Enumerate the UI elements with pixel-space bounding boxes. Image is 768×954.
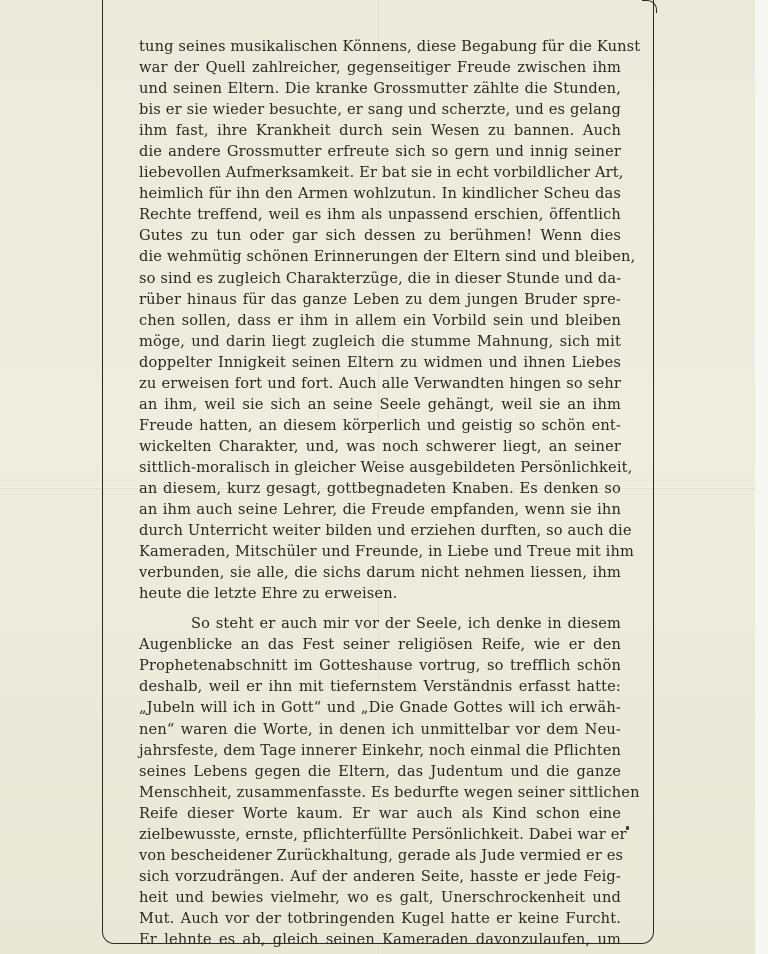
text-line: nen“ waren die Worte, in denen ich unmit… bbox=[139, 719, 621, 740]
paragraph-2: So steht er auch mir vor der Seele, ich … bbox=[139, 613, 621, 950]
text-line: heit und bewies vielmehr, wo es galt, Un… bbox=[139, 887, 621, 908]
text-line: sich vorzudrängen. Auf der anderen Seite… bbox=[139, 866, 621, 887]
text-line: seines Lebens gegen die Eltern, das Jude… bbox=[139, 761, 621, 782]
text-line: doppelter Innigkeit seinen Eltern zu wid… bbox=[139, 352, 621, 373]
text-line: war der Quell zahlreicher, gegenseitiger… bbox=[139, 57, 621, 78]
text-line: heute die letzte Ehre zu erweisen. bbox=[139, 583, 621, 604]
text-line: Gutes zu tun oder gar sich dessen zu ber… bbox=[139, 225, 621, 246]
text-line: an diesem, kurz gesagt, gottbegnadeten K… bbox=[139, 478, 621, 499]
text-line: Kameraden, Mitschüler und Freunde, in Li… bbox=[139, 541, 621, 562]
body-text: tung seines musikalischen Könnens, diese… bbox=[139, 36, 621, 950]
text-line: möge, und darin liegt zugleich die stumm… bbox=[139, 331, 621, 352]
text-line: Reife dieser Worte kaum. Er war auch als… bbox=[139, 803, 621, 824]
text-line: So steht er auch mir vor der Seele, ich … bbox=[139, 613, 621, 634]
paragraph-1: tung seines musikalischen Könnens, diese… bbox=[139, 36, 621, 604]
text-line: und seinen Eltern. Die kranke Grossmutte… bbox=[139, 78, 621, 99]
text-line: Rechte treffend, weil es ihm als unpasse… bbox=[139, 204, 621, 225]
text-line: so sind es zugleich Charakterzüge, die i… bbox=[139, 268, 621, 289]
text-line: chen sollen, dass er ihm in allem ein Vo… bbox=[139, 310, 621, 331]
text-line: an ihm auch seine Lehrer, die Freude emp… bbox=[139, 499, 621, 520]
text-line: durch Unterricht weiter bilden und erzie… bbox=[139, 520, 621, 541]
text-line: deshalb, weil er ihn mit tiefernstem Ver… bbox=[139, 676, 621, 697]
page-edge-strip bbox=[755, 0, 768, 954]
text-line: ihm fast, ihre Krankheit durch sein Wese… bbox=[139, 120, 621, 141]
text-line: die wehmütig schönen Erinnerungen der El… bbox=[139, 246, 621, 267]
text-line: bis er sie wieder besuchte, er sang und … bbox=[139, 99, 621, 120]
text-line: jahrsfeste, dem Tage innerer Einkehr, no… bbox=[139, 740, 621, 761]
text-line: wickelten Charakter, und, was noch schwe… bbox=[139, 436, 621, 457]
text-line: liebevollen Aufmerksamkeit. Er bat sie i… bbox=[139, 162, 621, 183]
text-line: Freude hatten, an diesem körperlich und … bbox=[139, 415, 621, 436]
text-line: Er lehnte es ab, gleich seinen Kameraden… bbox=[139, 929, 621, 950]
paragraph-gap bbox=[139, 604, 621, 613]
text-line: rüber hinaus für das ganze Leben zu dem … bbox=[139, 289, 621, 310]
text-line: verbunden, sie alle, die sichs darum nic… bbox=[139, 562, 621, 583]
text-line: „Jubeln will ich in Gott“ und „Die Gnade… bbox=[139, 697, 621, 718]
text-line: die andere Grossmutter erfreute sich so … bbox=[139, 141, 621, 162]
text-line: Augenblicke an das Fest seiner religiöse… bbox=[139, 634, 621, 655]
text-line: zu erweisen fort und fort. Auch alle Ver… bbox=[139, 373, 621, 394]
text-line: sittlich-moralisch in gleicher Weise aus… bbox=[139, 457, 621, 478]
text-line: heimlich für ihn den Armen wohlzutun. In… bbox=[139, 183, 621, 204]
text-line: an ihm, weil sie sich an seine Seele geh… bbox=[139, 394, 621, 415]
text-line: Prophetenabschnitt im Gotteshause vortru… bbox=[139, 655, 621, 676]
text-line: von bescheidener Zurückhaltung, gerade a… bbox=[139, 845, 621, 866]
text-line: Menschheit, zusammenfasste. Es bedurfte … bbox=[139, 782, 621, 803]
text-line: tung seines musikalischen Könnens, diese… bbox=[139, 36, 621, 57]
text-line: zielbewusste, ernste, pflichterfüllte Pe… bbox=[139, 824, 621, 845]
text-line: Mut. Auch vor der totbringenden Kugel ha… bbox=[139, 908, 621, 929]
